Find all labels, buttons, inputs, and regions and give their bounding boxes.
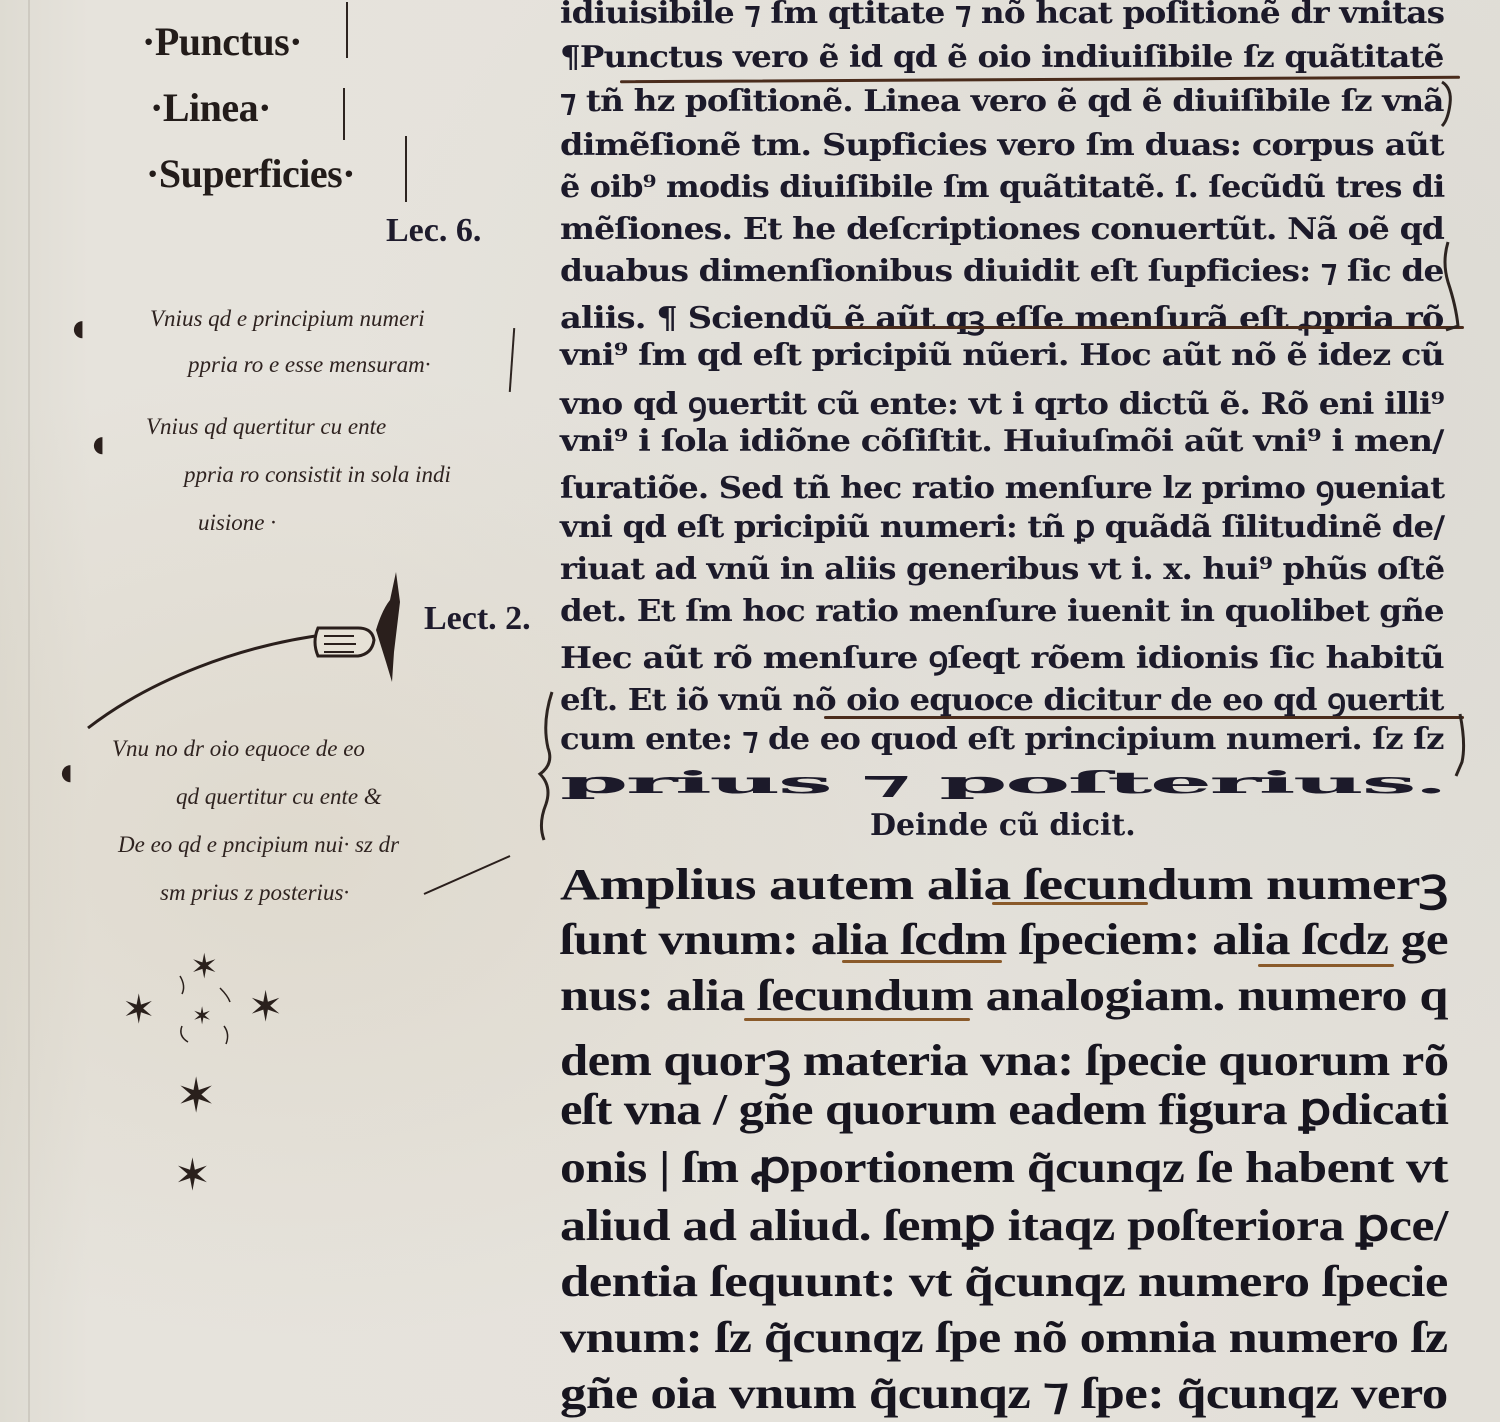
commentary-line: ſuratiõe. Sed tñ hec ratio menſure lz pr… xyxy=(560,466,1444,507)
margin-rule xyxy=(405,136,407,202)
margin-note-3-line-4: sm prius z posterius· xyxy=(160,870,349,916)
commentary-line: ⁊ tñ hz poſitionẽ. Linea vero ẽ qd ẽ diu… xyxy=(560,84,1444,119)
text-line: ſunt vnum: alia ſcdm ſpeciem: alia ſcdz … xyxy=(560,914,1448,965)
commentary-line: idiuisibile ⁊ ſm qtitate ⁊ nõ hcat poſit… xyxy=(560,0,1444,31)
pilcrow-icon: ◖ xyxy=(66,304,90,351)
ink-brace xyxy=(530,688,560,848)
margin-rule xyxy=(343,88,345,140)
commentary-line: duabus dimenſionibus diuidit eſt ſupfici… xyxy=(560,254,1444,289)
commentary-line: ¶Punctus vero ẽ id qd ẽ oio indiuiſibile… xyxy=(560,40,1444,75)
text-line: onis | ſm ꝓportionem q̃cunqz ſe habent v… xyxy=(560,1142,1448,1193)
margin-note-3-line-2: qd quertitur cu ente & xyxy=(176,774,382,820)
text-line: dem quorꝫ materia vna: ſpecie quorum rõ xyxy=(560,1028,1449,1088)
text-line: dentia ſequunt: vt q̃cunqz numero ſpecie xyxy=(560,1256,1448,1307)
commentary-line: vni⁹ ſm qd eſt pricipiũ nũeri. Hoc aũt n… xyxy=(560,338,1444,373)
margin-annotations: ·Punctus· ·Linea· ·Superficies· Lec. 6. … xyxy=(0,0,550,1422)
commentary-line: vni qd eſt pricipiũ numeri: tñ ꝑ quãdã ſ… xyxy=(560,510,1444,545)
commentary-line: riuat ad vnũ in aliis generibus vt i. x.… xyxy=(560,552,1444,587)
margin-note-3-line-3: De eo qd e pncipium nui· sz dr xyxy=(118,822,399,868)
margin-rule xyxy=(509,328,515,392)
section-heading: Deinde cũ dicit. xyxy=(870,808,1136,843)
commentary-line: ẽ oib⁹ modis diuiſibile ſm quãtitatẽ. ſ.… xyxy=(560,170,1444,205)
margin-term-linea: ·Linea· xyxy=(150,84,271,131)
text-line: gñe oia vnum q̃cunqz ⁊ ſpe: q̃cunqz vero xyxy=(560,1368,1448,1419)
ink-underline xyxy=(842,960,1002,963)
text-line: eſt vna / gñe quorum eadem figura ꝑdicat… xyxy=(560,1084,1448,1135)
commentary-line: aliis. ¶ Sciendũ ẽ aũt qꝫ eſſe menſurã e… xyxy=(560,296,1443,337)
margin-rule xyxy=(346,2,348,58)
margin-term-punctus: ·Punctus· xyxy=(142,18,302,65)
margin-note-2-line-3: uisione · xyxy=(198,500,276,546)
pointing-hand-icon xyxy=(80,560,420,740)
text-line: vnum: ſz q̃cunqz ſpe nõ omnia numero ſz xyxy=(560,1312,1448,1363)
ink-underline xyxy=(828,326,1464,329)
lectio-label-2: Lect. 2. xyxy=(424,600,531,638)
text-line: nus: alia ſecundum analogiam. numero q xyxy=(560,970,1448,1021)
ink-bracket xyxy=(1438,80,1458,130)
text-line: aliud ad aliud. ſemꝑ itaqz poſteriora ꝑc… xyxy=(560,1200,1448,1251)
commentary-line: eſt. Et iõ vnũ nõ oio equoce dicitur de … xyxy=(560,678,1443,719)
ink-underline xyxy=(620,76,1460,83)
commentary-line: vno qd ꝯuertit cũ ente: vt i qrto dictũ … xyxy=(560,382,1444,423)
margin-term-superficies: ·Superficies· xyxy=(146,150,355,197)
commentary-line: mẽſiones. Et he deſcriptiones conuertũt.… xyxy=(560,212,1444,247)
commentary-line: dimẽſionẽ tm. Supficies vero ſm duas: co… xyxy=(560,128,1444,163)
pilcrow-icon: ◖ xyxy=(54,748,78,795)
ink-bracket xyxy=(1438,240,1468,340)
commentary-line: det. Et ſm hoc ratio menſure iuenit in q… xyxy=(560,594,1444,629)
ink-underline xyxy=(992,902,1148,905)
lectio-label-6: Lec. 6. xyxy=(386,212,481,250)
margin-note-2-line-1: Vnius qd quertitur cu ente xyxy=(146,404,386,450)
ink-underline xyxy=(744,1018,970,1021)
margin-note-1-line-1: Vnius qd e principium numeri xyxy=(150,296,425,342)
margin-flourish xyxy=(420,850,520,900)
pilcrow-icon: ◖ xyxy=(86,420,110,467)
ink-bracket xyxy=(1454,712,1474,782)
commentary-line: Hec aũt rõ menſure ꝯſeqt rõem idionis ſi… xyxy=(560,636,1444,677)
commentary-line: vni⁹ i ſola idiõne cõſiſtit. Huiuſmõi aũ… xyxy=(560,424,1443,459)
ink-underline xyxy=(1258,964,1394,967)
margin-note-1-line-2: ppria ro e esse mensuram· xyxy=(188,342,431,388)
commentary-line: cum ente: ⁊ de eo quod eſt principium nu… xyxy=(560,722,1444,757)
margin-note-2-line-2: ppria ro consistit in sola indi xyxy=(184,452,451,498)
margin-note-3-line-1: Vnu no dr oio equoce de eo xyxy=(112,726,365,772)
commentary-line: prius ⁊ poſterius. xyxy=(560,766,1446,801)
ink-underline xyxy=(824,716,1464,719)
